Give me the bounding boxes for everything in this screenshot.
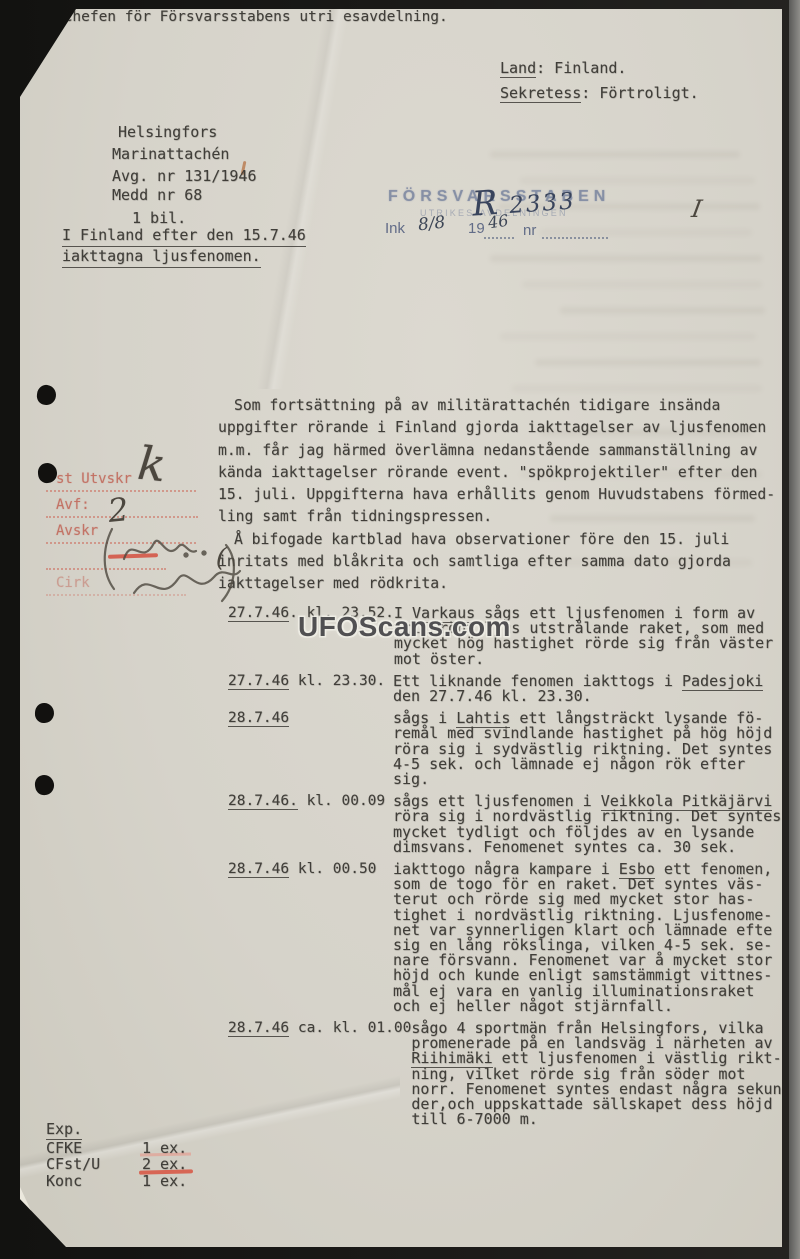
secrecy-label: Sekretess (500, 84, 581, 103)
routing-stamp-label: st Utvskr (46, 471, 216, 487)
paragraph-line: 15. juli. Uppgifterna hava erhållits gen… (218, 484, 793, 506)
entry-text: sågo 4 sportmän från Helsingfors, vilkap… (411, 1021, 790, 1127)
distribution-code: CFKE (46, 1140, 142, 1157)
routing-stamp-row: Avf: (46, 497, 216, 518)
distribution-code: CFst/U (46, 1156, 142, 1173)
entry-line: dimsvans. Fenomenet syntes ca. 30 sek. (393, 840, 788, 855)
entry-date-rest: kl. 23.30. (289, 673, 385, 689)
distribution-rows: CFKE1 ex.CFst/U2 ex.Konc1 ex. (46, 1140, 187, 1190)
sender-line: Medd nr 68 (112, 184, 257, 206)
routing-stamp-label: Avf: (46, 497, 216, 513)
subject-text: I Finland efter den 15.7.46 (62, 226, 306, 247)
place-name: Padesjoki (682, 672, 763, 691)
text-segment: dimsvans. Fenomenet syntes ca. 30 sek. (393, 838, 736, 856)
entry-date: 28.7.46 kl. 00.50 (228, 862, 393, 877)
stamp-ink-label: Ink (385, 220, 405, 237)
bleed-line (522, 281, 762, 288)
secrecy-value: : Förtroligt. (581, 84, 698, 102)
entry-line: sig. (393, 772, 788, 787)
bleed-line (490, 151, 740, 158)
distribution-list: Exp. CFKE1 ex.CFst/U2 ex.Konc1 ex. (46, 1121, 187, 1189)
entry-date-underlined: 28.7.46. (228, 793, 298, 810)
paragraph-line: uppgifter rörande i Finland gjorda iaktt… (218, 417, 793, 439)
entry-line: till 6-7000 m. (411, 1112, 790, 1127)
distribution-count: 1 ex. (142, 1140, 187, 1157)
text-segment: 4-5 sek. och lämnade ej någon rök efter (393, 755, 745, 773)
entry-date-underlined: 28.7.46 (228, 710, 289, 727)
paragraph-line: Som fortsättning på av militärattachén t… (218, 395, 793, 417)
observation-entry: 28.7.46sågs i Lahtis ett långsträckt lys… (228, 711, 788, 787)
distribution-row: CFKE1 ex. (46, 1140, 187, 1157)
entry-line: och ej heller något stjärnfall. (393, 999, 788, 1014)
intake-stamp: FÖRSVARSSTABEN UTRIKES-AVDELNINGEN Ink 8… (380, 181, 680, 256)
stamp-registration-number: R 2333 (471, 177, 577, 224)
text-segment: och ej heller något stjärnfall. (393, 997, 673, 1015)
paragraph-line: ling samt från tidningspressen. (218, 506, 793, 528)
distribution-code: Konc (46, 1173, 142, 1190)
paragraph-line: kända iakttagelser rörande event. "spökp… (218, 462, 793, 484)
entry-line: mot öster. (394, 652, 788, 667)
entry-date-underlined: 28.7.46 (228, 861, 289, 878)
text-segment: sig. (393, 770, 429, 788)
pencil-note: k (135, 436, 168, 493)
distribution-count: 1 ex. (142, 1173, 187, 1190)
text-segment: den 27.7.46 kl. 23.30. (393, 687, 592, 705)
punch-hole (33, 774, 55, 797)
document-page: Land: Finland. Sekretess: Förtroligt. He… (20, 9, 782, 1247)
country-line: Land: Finland. (500, 56, 699, 81)
entry-date-rest: kl. 00.09 (298, 793, 385, 809)
entry-line: den 27.7.46 kl. 23.30. (393, 689, 788, 704)
country-label: Land (500, 59, 536, 78)
entry-date: 28.7.46 (228, 711, 393, 726)
distribution-count: 2 ex. (142, 1156, 187, 1173)
punch-hole (36, 384, 58, 406)
recipient-line: Till Chefen för Försvarsstabens utri esa… (20, 9, 782, 25)
paragraph-line: iakttagelser med rödkrita. (218, 573, 793, 595)
observation-entry: 28.7.46 ca. kl. 01.00sågo 4 sportmän frå… (228, 1021, 788, 1127)
entry-text: Ett liknande fenomen iakttogs i Padesjok… (393, 674, 788, 704)
entry-text: sågs ett ljusfenomen i Veikkola Pitkäjär… (393, 794, 788, 855)
paragraph-line: m.m. får jag härmed överlämna nedanståen… (218, 440, 793, 462)
bleed-line (490, 255, 762, 262)
observation-entry: 27.7.46 kl. 23.30.Ett liknande fenomen i… (228, 674, 788, 704)
folded-corner (20, 1187, 48, 1247)
entry-date-rest: kl. 00.50 (289, 861, 376, 877)
paragraph-line: Å bifogade kartblad hava observationer f… (218, 529, 793, 551)
paragraph-line: inritats med blåkrita och samtliga efter… (218, 551, 793, 573)
scanner-edge-strip (789, 0, 800, 1259)
reg-initial: R (471, 183, 501, 225)
subject-line-2: iakttagna ljusfenomen. (62, 247, 306, 268)
pencil-page-mark: I (690, 195, 704, 223)
punch-hole (34, 703, 54, 724)
sender-line: Marinattachén (112, 143, 257, 165)
paragraph: Å bifogade kartblad hava observationer f… (218, 529, 793, 596)
body-paragraphs: Som fortsättning på av militärattachén t… (218, 395, 793, 596)
watermark: UFOScans.com (298, 611, 511, 643)
entry-text: sågs i Lahtis ett långsträckt lysande fö… (393, 711, 788, 787)
observation-entry: 28.7.46. kl. 00.09sågs ett ljusfenomen i… (228, 794, 788, 855)
distribution-row: Konc1 ex. (46, 1173, 187, 1190)
exp-label: Exp. (46, 1121, 82, 1140)
stamp-nr-label: nr (523, 222, 536, 239)
routing-stamp-row: st Utvskr (46, 471, 216, 492)
text-segment: mot öster. (394, 650, 484, 668)
paragraph: Som fortsättning på av militärattachén t… (218, 395, 793, 529)
observation-entries: 27.7.46. kl. 23.52.I Varkaus sågs ett lj… (228, 606, 788, 1135)
distribution-heading: Exp. (46, 1121, 187, 1140)
secrecy-line: Sekretess: Förtroligt. (500, 81, 699, 106)
entry-date: 28.7.46. kl. 00.09 (228, 794, 393, 809)
entry-date-rest: ca. kl. 01.00 (289, 1020, 411, 1036)
sender-line: Helsingfors (112, 121, 257, 143)
distribution-row: CFst/U2 ex. (46, 1156, 187, 1173)
entry-date-underlined: 27.7.46 (228, 673, 289, 690)
entry-text: iakttogo några kampare i Esbo ett fenome… (393, 862, 788, 1014)
reg-digits: 2333 (499, 188, 576, 219)
bleed-line (535, 359, 761, 366)
entry-date: 27.7.46 kl. 23.30. (228, 674, 393, 689)
classification-block: Land: Finland. Sekretess: Förtroligt. (500, 56, 699, 106)
stamp-handwritten-date: 8/8 (417, 213, 446, 236)
entry-line: 4-5 sek. och lämnade ej någon rök efter (393, 757, 788, 772)
bleed-line (560, 307, 765, 314)
entry-date-underlined: 28.7.46 (228, 1020, 289, 1037)
subject-line-1: I Finland efter den 15.7.46 (62, 226, 306, 247)
text-segment: till 6-7000 m. (411, 1110, 537, 1128)
country-value: : Finland. (536, 59, 626, 77)
entry-date: 28.7.46 ca. kl. 01.00 (228, 1021, 411, 1036)
observation-entry: 28.7.46 kl. 00.50iakttogo några kampare … (228, 862, 788, 1014)
scanned-document: Land: Finland. Sekretess: Förtroligt. He… (0, 0, 800, 1259)
stamp-dotted-line (542, 221, 608, 239)
sender-block: HelsingforsMarinattachénAvg. nr 131/1946… (112, 121, 257, 229)
bleed-line (512, 385, 762, 392)
subject-text: iakttagna ljusfenomen. (62, 247, 261, 268)
bleed-line (500, 333, 756, 340)
illegible-signature-scrawl (98, 521, 248, 621)
subject-heading: I Finland efter den 15.7.46 iakttagna lj… (62, 226, 306, 268)
